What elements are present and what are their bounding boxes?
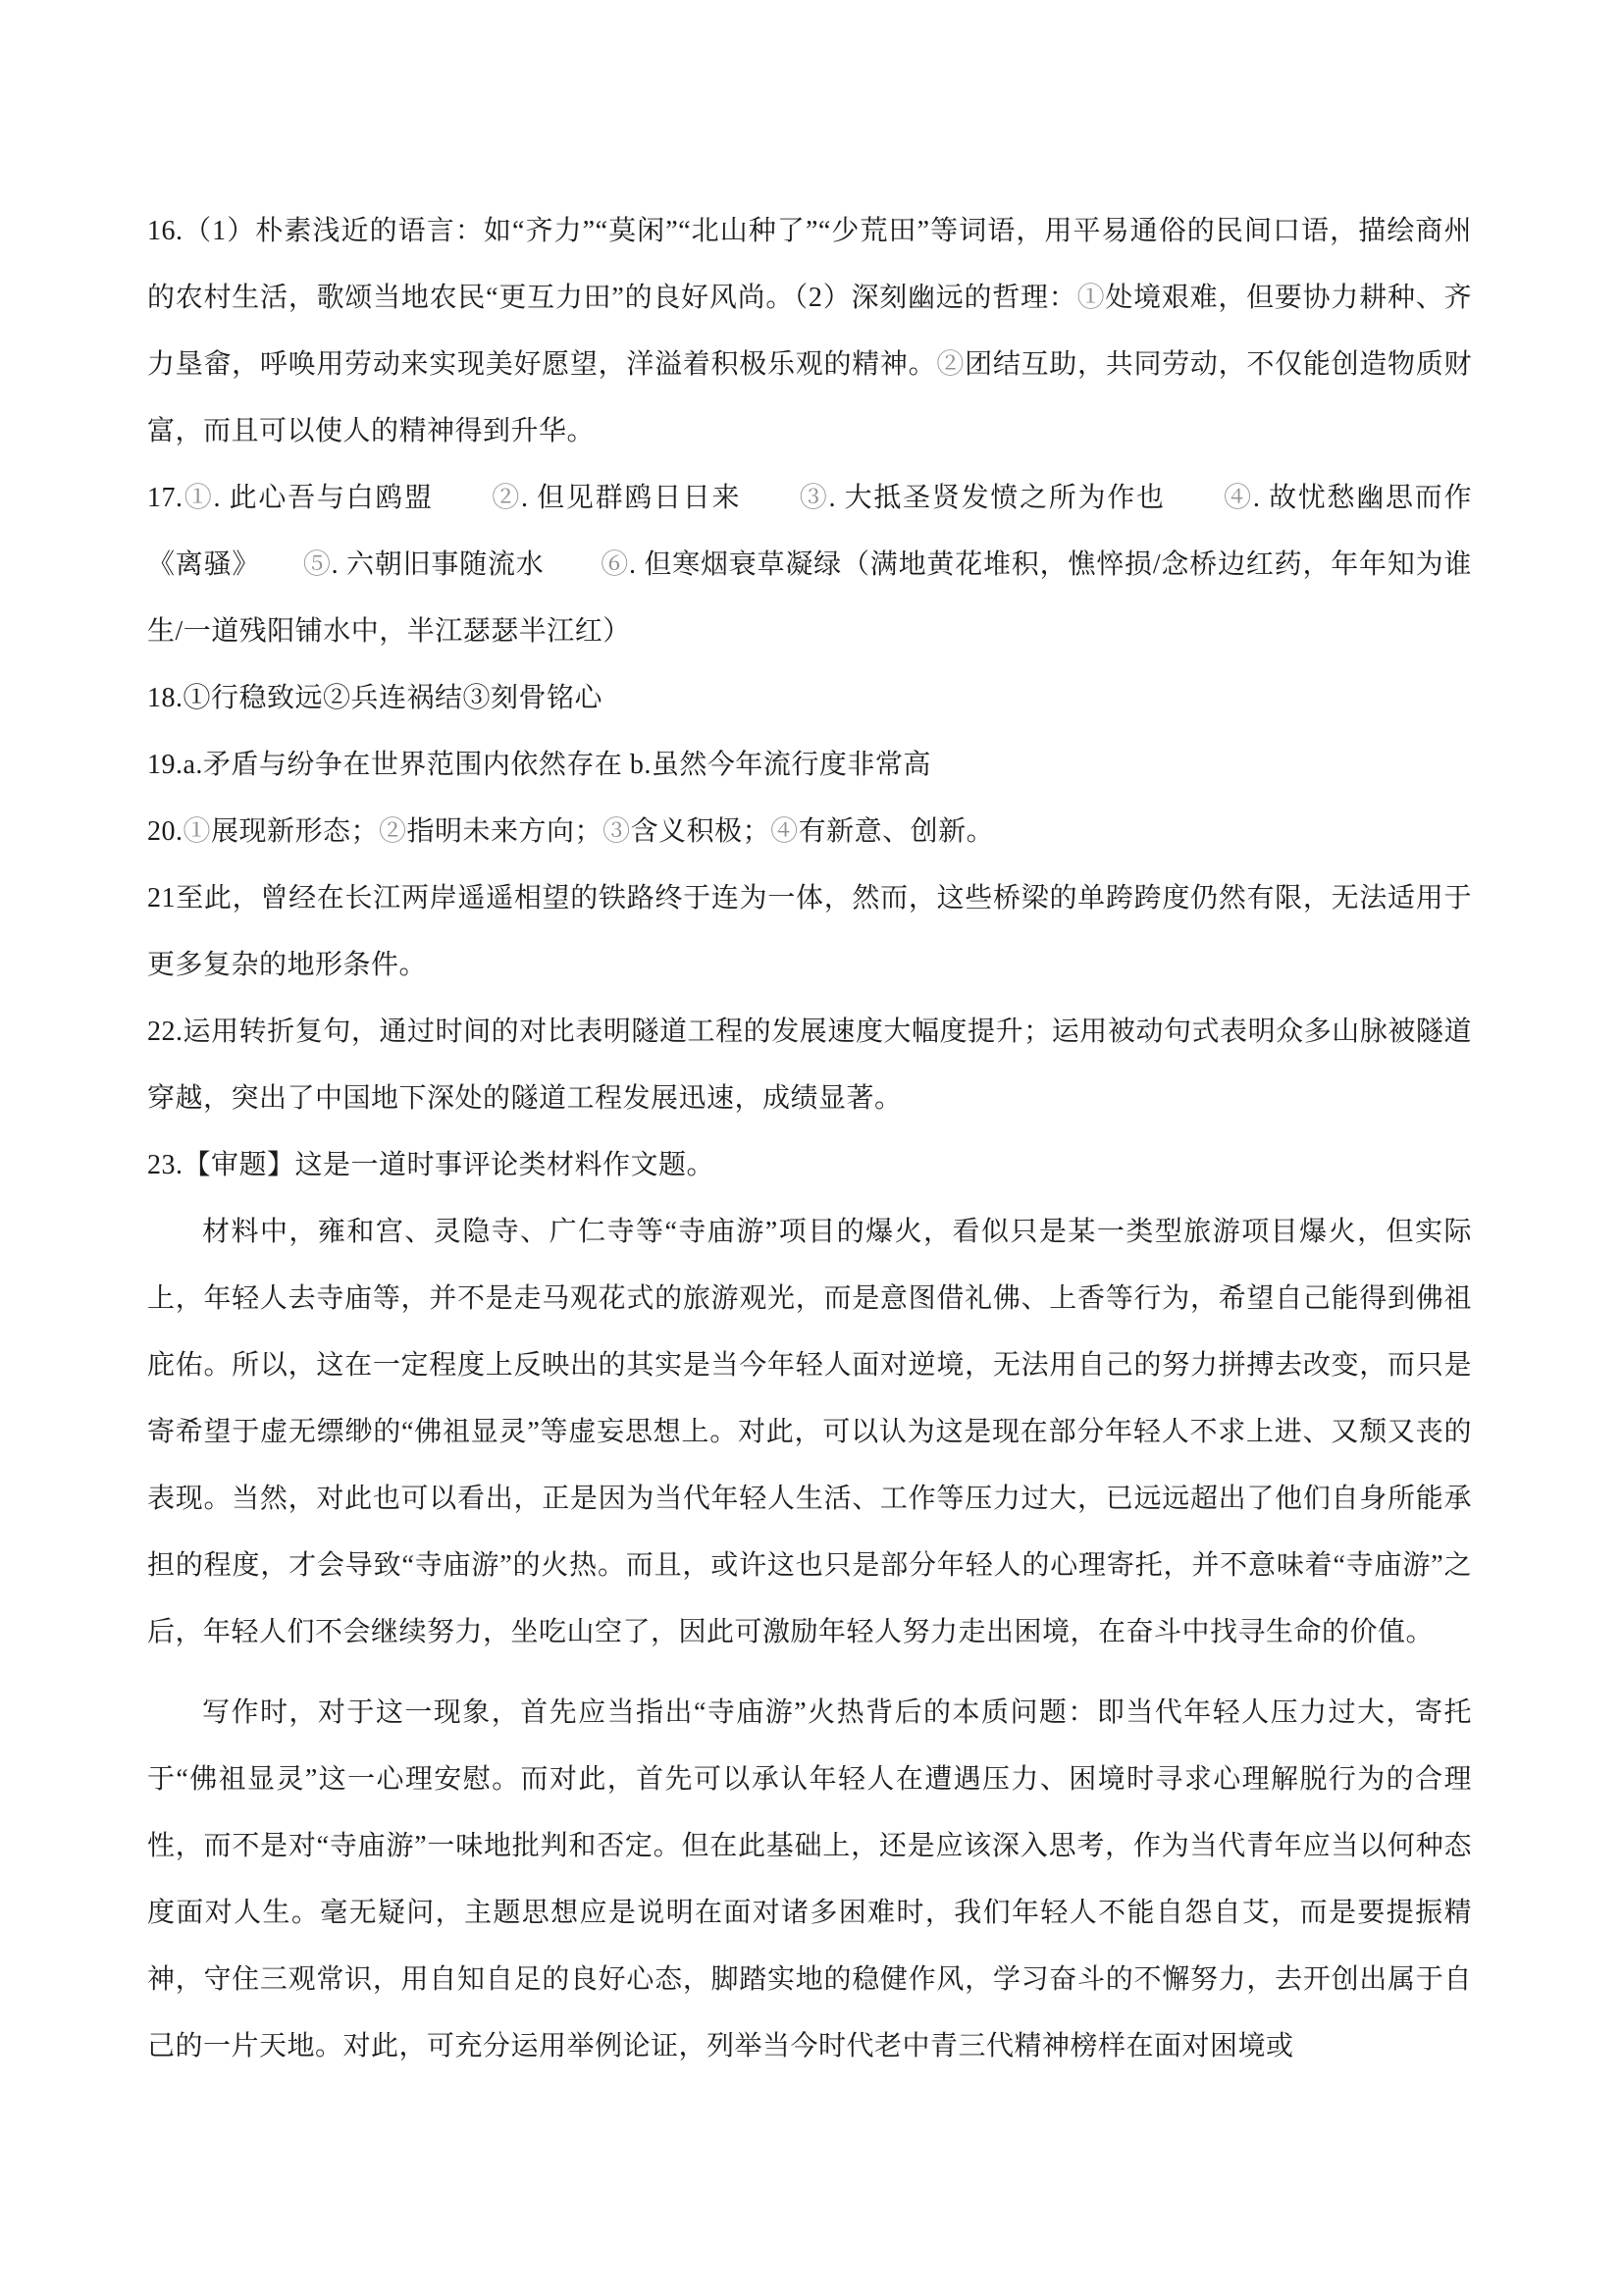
circled-number: ③ [602, 816, 631, 847]
circled-number: ④ [1224, 483, 1253, 513]
circled-number: ⑥ [601, 549, 629, 580]
answer-20-text: 20.①展现新形态；②指明未来方向；③含义积极；④有新意、创新。 [147, 799, 1472, 865]
answer-19-text: 19.a.矛盾与纷争在世界范围内依然存在 b.虽然今年流行度非常高 [147, 732, 1472, 799]
document-page: 16.（1）朴素浅近的语言：如“齐力”“莫闲”“北山种了”“少荒田”等词语，用平… [147, 0, 1472, 2080]
circled-number: ② [492, 483, 521, 513]
circled-number: ⑤ [303, 549, 332, 580]
answer-18-text: 18.①行稳致远②兵连祸结③刻骨铭心 [147, 665, 1472, 732]
answer-23-paragraph-2: 写作时，对于这一现象，首先应当指出“寺庙游”火热背后的本质问题：即当代年轻人压力… [147, 1680, 1472, 2080]
answer-17-text: 17.①. 此心吾与白鸥盟 ②. 但见群鸥日日来 ③. 大抵圣贤发愤之所为作也 … [147, 465, 1472, 665]
answer-23-paragraph-1: 材料中，雍和宫、灵隐寺、广仁寺等“寺庙游”项目的爆火，看似只是某一类型旅游项目爆… [147, 1199, 1472, 1666]
circled-number: ② [379, 816, 407, 847]
answer-21-text: 21至此，曾经在长江两岸遥遥相望的铁路终于连为一体，然而，这些桥梁的单跨跨度仍然… [147, 865, 1472, 999]
circled-number: ④ [770, 816, 799, 847]
circled-number: ① [183, 483, 214, 513]
answer-23-heading-text: 23.【审题】这是一道时事评论类材料作文题。 [147, 1132, 1472, 1199]
circled-number: ① [183, 816, 212, 847]
answer-16-text: 16.（1）朴素浅近的语言：如“齐力”“莫闲”“北山种了”“少荒田”等词语，用平… [147, 198, 1472, 465]
answer-22-text: 22.运用转折复句，通过时间的对比表明隧道工程的发展速度大幅度提升；运用被动句式… [147, 999, 1472, 1132]
circled-number: ① [1077, 283, 1106, 313]
circled-number: ② [936, 349, 965, 380]
circled-number: ③ [800, 483, 829, 513]
